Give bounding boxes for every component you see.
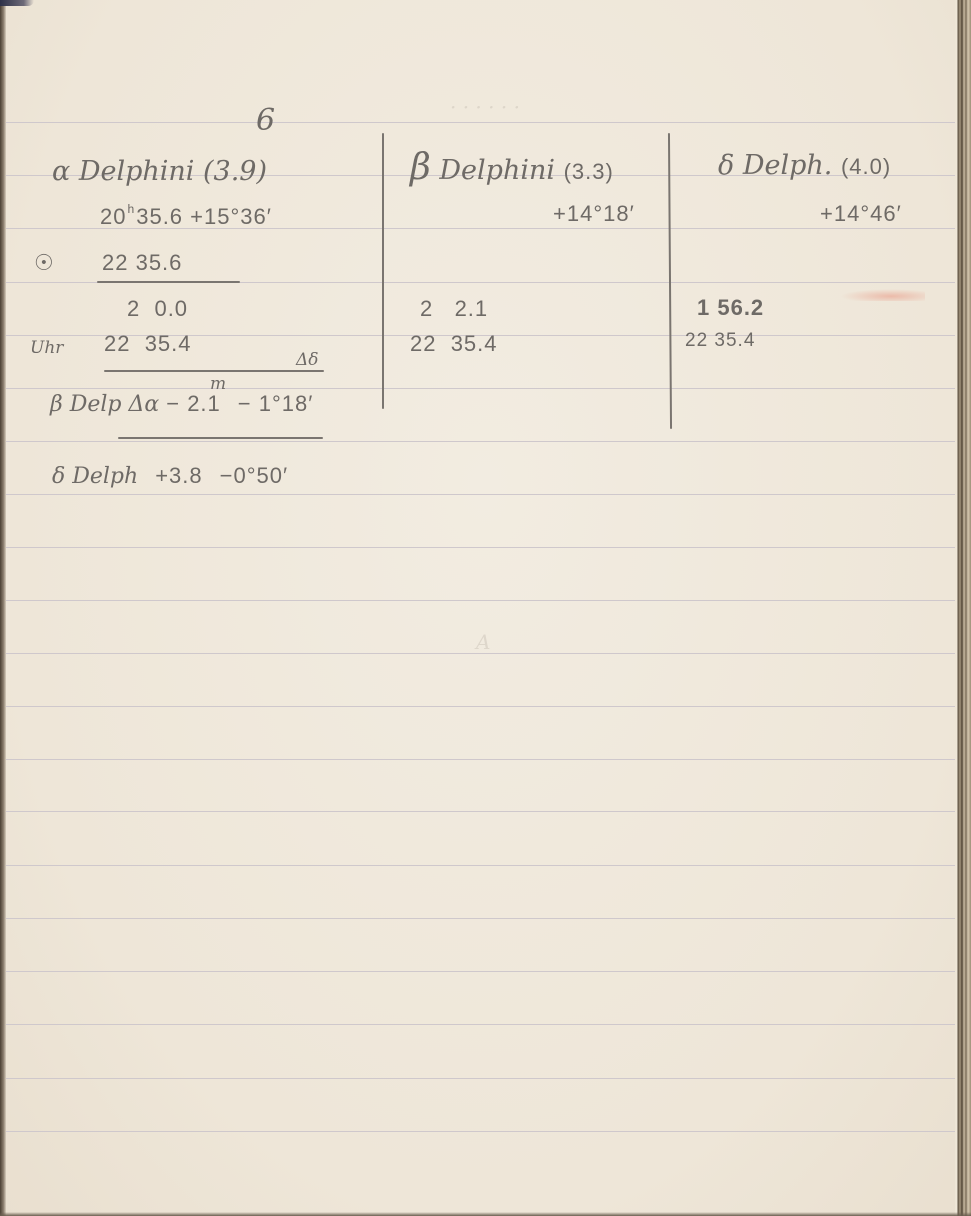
minutes-unit-mark: m — [210, 376, 226, 393]
delta-diff-ra: +3.8 — [155, 463, 202, 488]
sun-symbol: ☉ — [34, 252, 55, 274]
delta-magnitude: (4.0) — [841, 154, 891, 179]
ruled-line — [6, 122, 955, 123]
ruled-line — [6, 1024, 955, 1025]
beta-diff-label: β Delp Δα — [50, 392, 159, 417]
page-top-corner-shadow — [0, 0, 34, 6]
bleed-through-text: A — [476, 630, 490, 654]
delta-diff-dec: −0°50′ — [220, 463, 288, 488]
ruled-line — [6, 918, 955, 919]
uhr-label: Uhr — [30, 340, 63, 357]
underline — [97, 281, 240, 283]
ruled-line — [6, 1131, 955, 1132]
alpha-difference: 2 0.0 — [127, 298, 188, 320]
alpha-heading: α Delphini (3.9) — [52, 158, 267, 185]
alpha-uhr-value: 22 35.4 — [104, 333, 192, 355]
delta-dec: +14°46′ — [820, 203, 902, 225]
ruled-line — [6, 706, 955, 707]
delta-heading: δ Delph. (4.0) — [718, 152, 891, 179]
ruled-line — [6, 547, 955, 548]
alpha-symbol: α — [52, 156, 70, 187]
ruled-line — [6, 388, 955, 389]
beta-dec: +14°18′ — [553, 203, 635, 225]
delta-heading-name: Delph. — [743, 150, 833, 181]
underline — [118, 437, 323, 439]
bleed-through-text: · · · · · · — [450, 95, 520, 119]
beta-difference: 2 2.1 — [420, 298, 488, 320]
page-bottom-edge — [0, 1212, 971, 1216]
beta-heading-name: Delphini — [439, 155, 555, 186]
beta-symbol: β — [410, 147, 431, 188]
column-divider-2 — [668, 133, 672, 429]
beta-uhr-value: 22 35.4 — [410, 333, 498, 355]
delta-uhr-value: 22 35.4 — [685, 331, 755, 350]
page-right-stack-edge — [955, 0, 971, 1216]
alpha-heading-name: Delphini — [79, 156, 195, 187]
beta-diff-dec: − 1°18′ — [238, 391, 314, 416]
beta-heading: β Delphini (3.3) — [410, 150, 614, 186]
ruled-line — [6, 600, 955, 601]
red-pencil-mark — [840, 289, 925, 301]
ruled-line — [6, 1078, 955, 1079]
ruled-line — [6, 811, 955, 812]
ruled-line — [6, 971, 955, 972]
delta-difference-line: δ Delph +3.8 −0°50′ — [52, 465, 288, 488]
page-left-binding-edge — [0, 0, 6, 1216]
ruled-line — [6, 494, 955, 495]
alpha-magnitude: (3.9) — [203, 156, 267, 187]
column-divider-1 — [382, 133, 384, 409]
alpha-magnitude-correction: 6 — [256, 106, 275, 136]
alpha-coordinates: 20h35.6 +15°36′ — [100, 203, 272, 228]
beta-difference-line: β Delp Δα − 2.1 − 1°18′ — [50, 393, 313, 416]
alpha-dec: +15°36′ — [190, 204, 272, 229]
sun-ra: 22 35.6 — [102, 252, 182, 274]
ruled-line — [6, 759, 955, 760]
underline — [104, 370, 324, 372]
delta-delta-label: Δδ — [296, 352, 319, 369]
delta-difference: 1 56.2 — [697, 297, 764, 319]
beta-diff-ra: − 2.1 — [166, 391, 221, 416]
notebook-page: · · · · · · A α Delphini (3.9) 6 20h35.6… — [0, 0, 971, 1216]
ruled-line — [6, 441, 955, 442]
ruled-line — [6, 865, 955, 866]
beta-magnitude: (3.3) — [564, 159, 614, 184]
delta-diff-label: δ Delph — [52, 464, 138, 489]
delta-symbol: δ — [718, 150, 734, 181]
